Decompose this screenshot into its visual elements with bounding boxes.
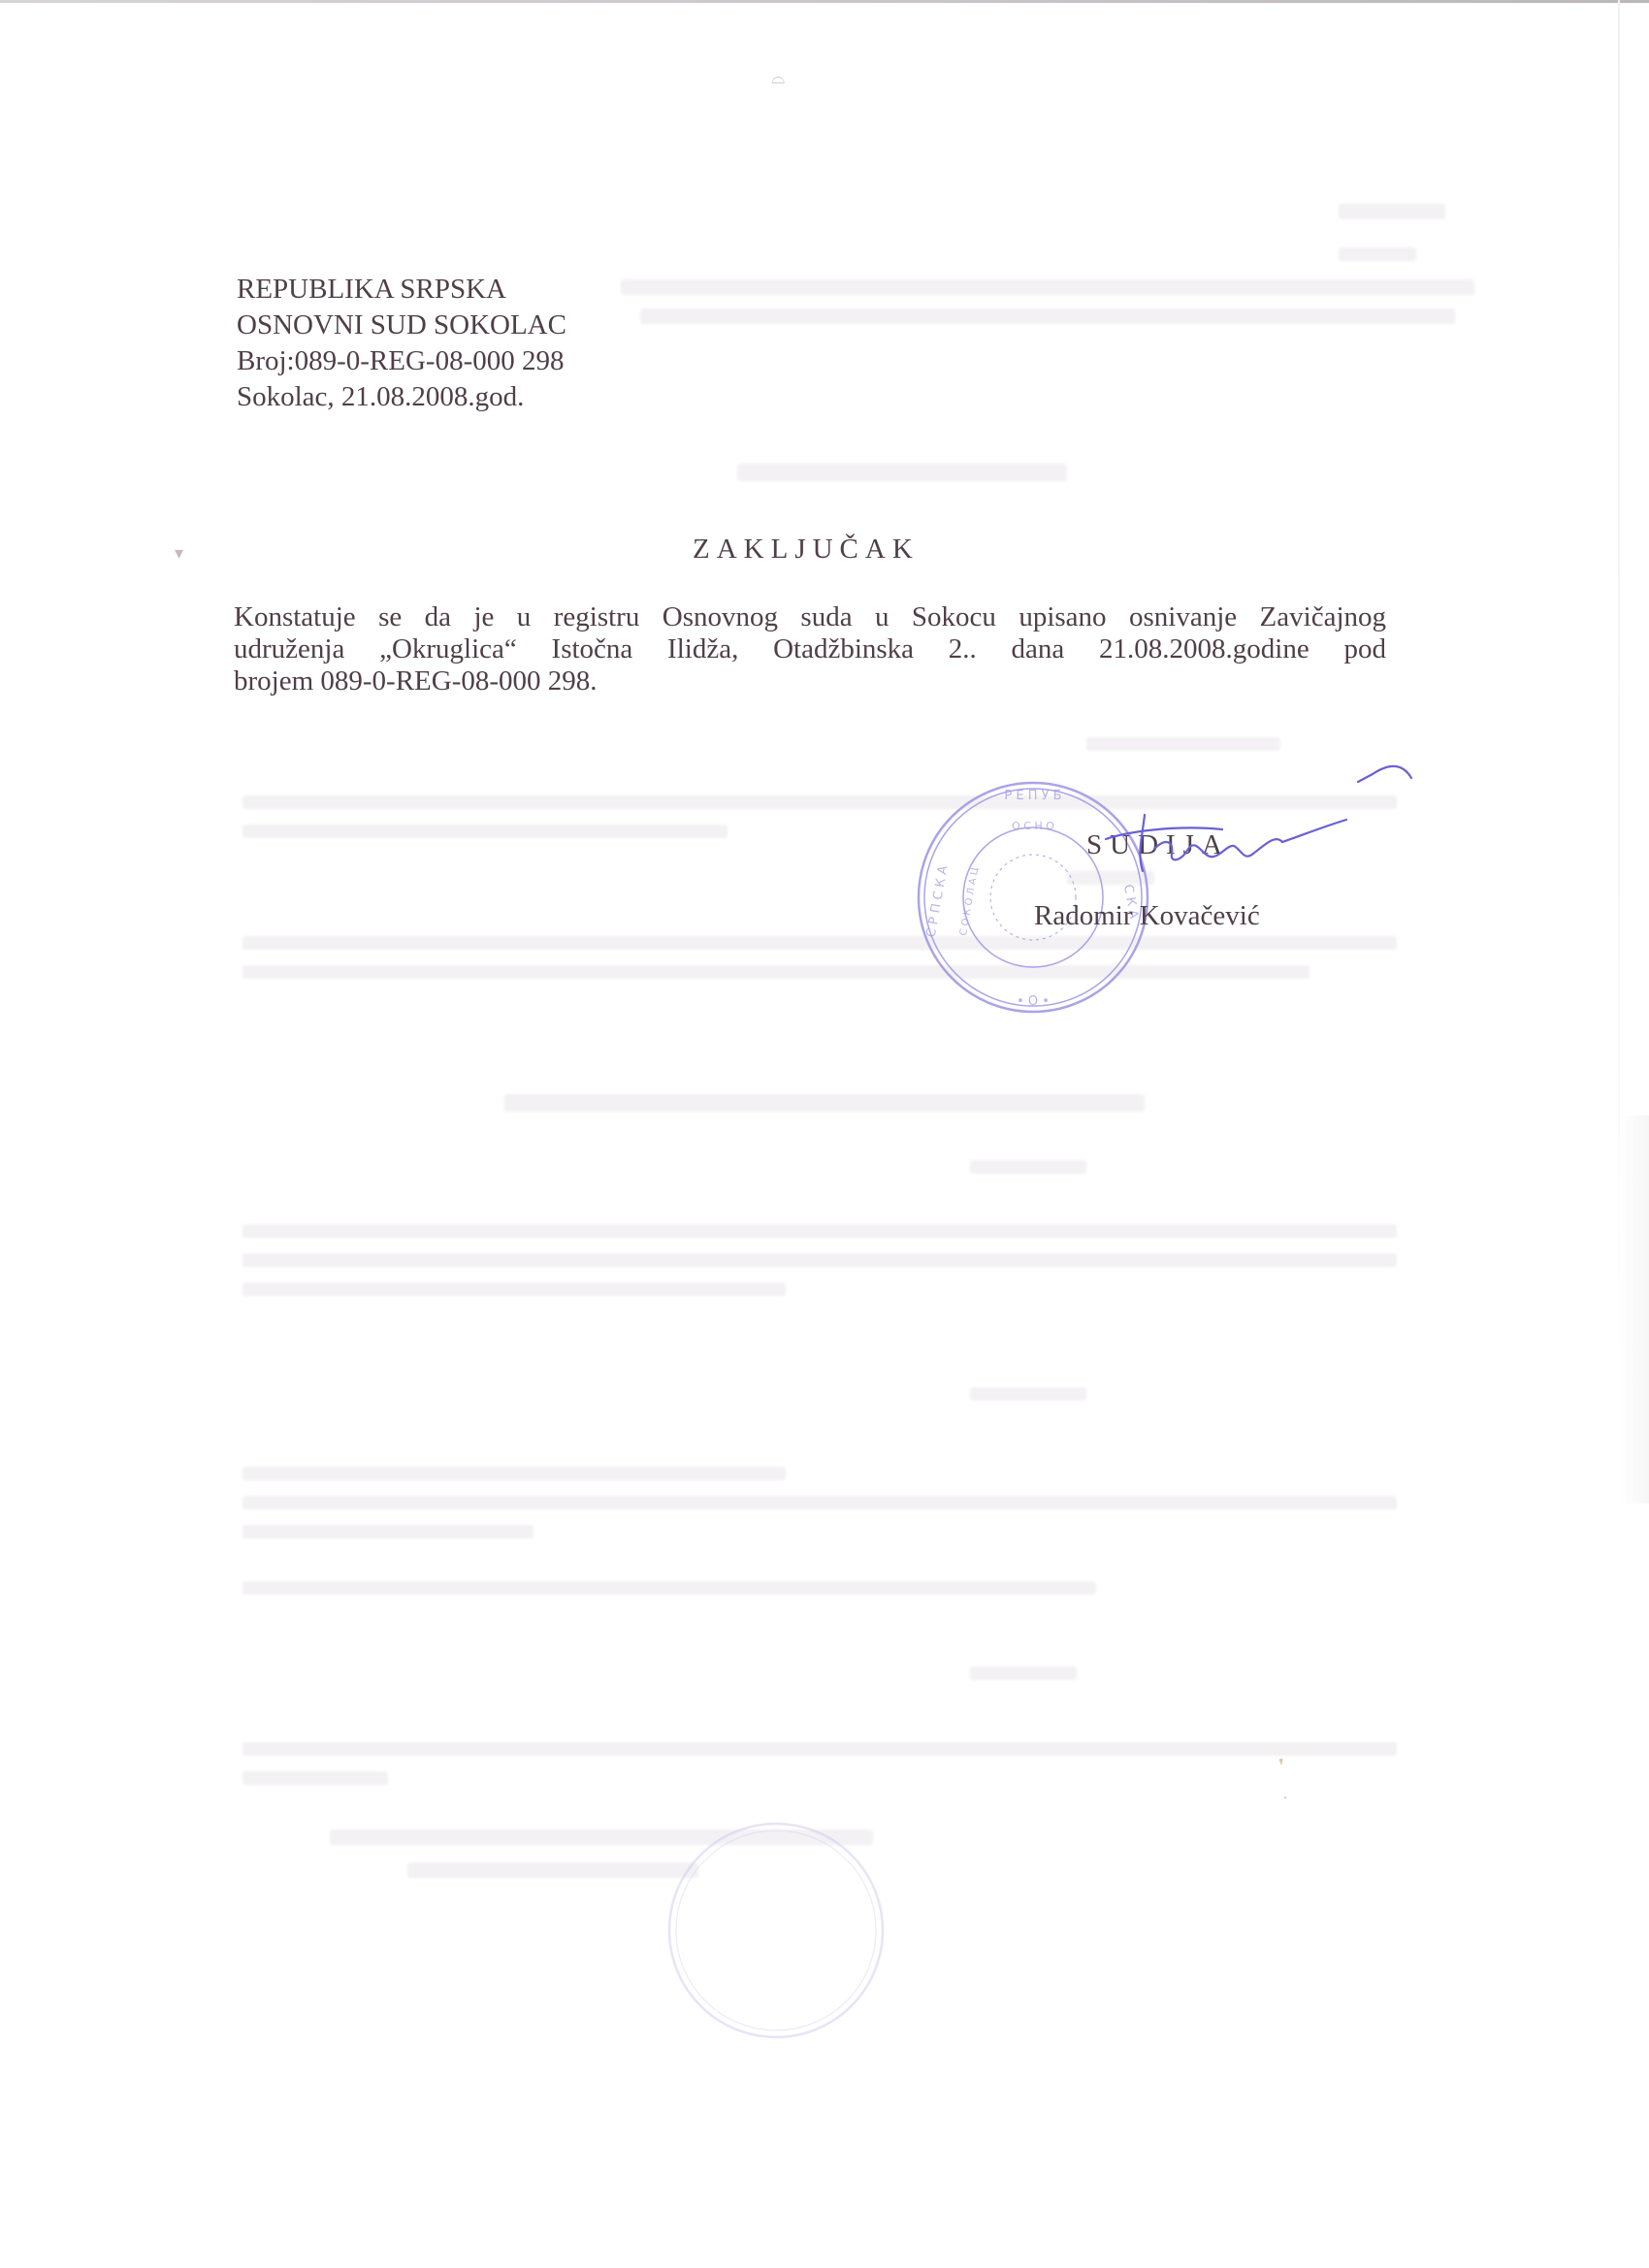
svg-text:С Р П С К А: С Р П С К А	[924, 864, 952, 938]
header-country: REPUBLIKA SRPSKA	[237, 272, 566, 308]
document-title: ZAKLJUČAK	[693, 534, 920, 566]
header-place-date: Sokolac, 21.08.2008.god.	[237, 379, 566, 415]
scan-shadow-right	[1620, 1116, 1649, 1504]
paper-speck: ▾	[175, 543, 183, 564]
header-court-name: OSNOVNI SUD SOKOLAC	[237, 308, 566, 343]
scan-edge-top	[0, 0, 1649, 3]
scanned-document-page: REPUBLIKA SRPSKA OSNOVNI SUD SOKOLAC Bro…	[0, 0, 1649, 2268]
svg-text:• О •: • О •	[1017, 994, 1050, 1009]
paper-speck: ·	[1282, 1788, 1288, 1808]
court-header: REPUBLIKA SRPSKA OSNOVNI SUD SOKOLAC Bro…	[237, 272, 566, 415]
document-body: Konstatuje se da je u registru Osnovnog …	[234, 601, 1386, 697]
svg-text:С О К О Л А Ц: С О К О Л А Ц	[958, 866, 981, 936]
paper-speck: ⌓	[771, 68, 785, 88]
handwritten-signature-icon	[1028, 757, 1416, 902]
judge-name: Radomir Kovačević	[1034, 900, 1260, 932]
reverse-stamp-icon	[660, 1814, 892, 2047]
body-line-1: Konstatuje se da je u registru Osnovnog …	[234, 601, 1386, 633]
body-line-3: brojem 089-0-REG-08-000 298.	[234, 665, 1386, 697]
header-case-number: Broj:089-0-REG-08-000 298	[237, 343, 566, 379]
body-line-2: udruženja „Okruglica“ Istočna Ilidža, Ot…	[234, 633, 1386, 665]
paper-speck: ❜	[1278, 1756, 1284, 1776]
